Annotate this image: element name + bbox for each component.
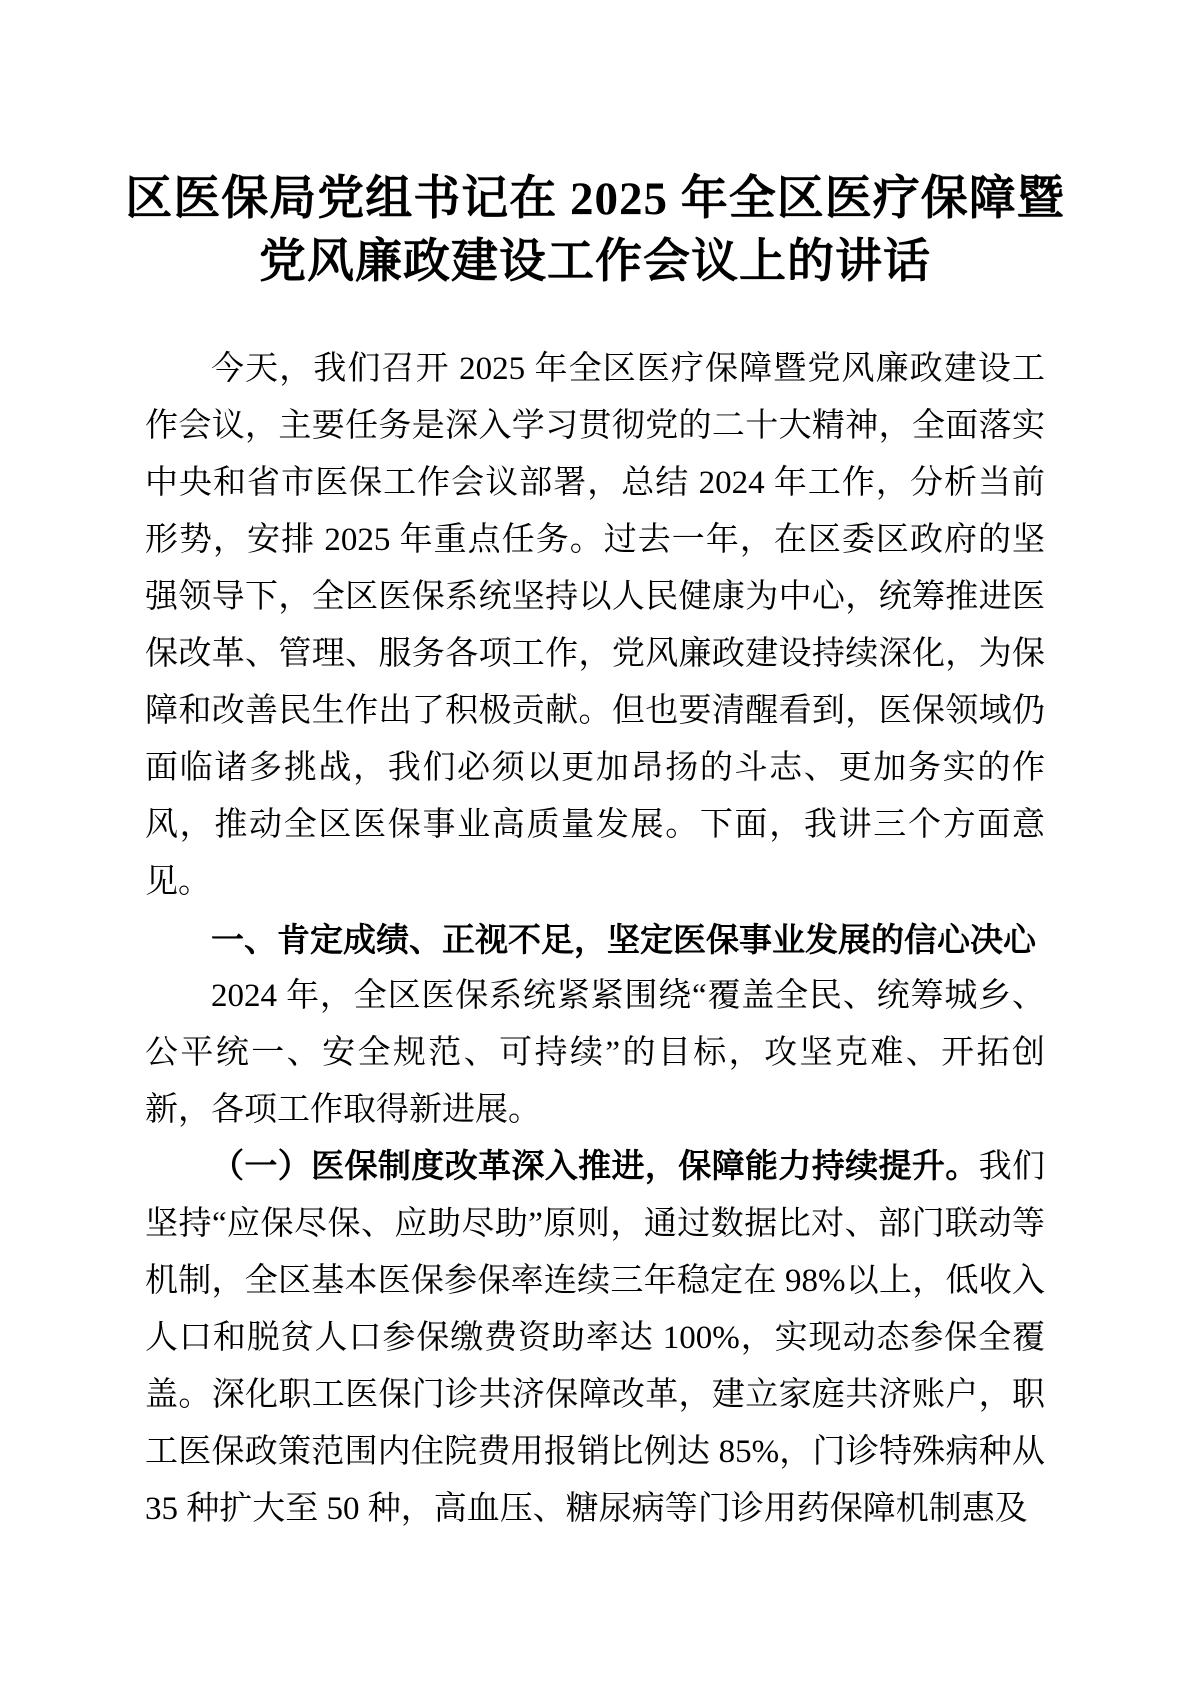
subsection-1-text: 我们坚持“应保尽保、应助尽助”原则，通过数据比对、部门联动等机制，全区基本医保参… bbox=[145, 1149, 1045, 1527]
document-page: 区医保局党组书记在 2025 年全区医疗保障暨 党风廉政建设工作会议上的讲话 今… bbox=[0, 0, 1190, 1683]
opening-paragraph: 今天，我们召开 2025 年全区医疗保障暨党风廉政建设工作会议，主要任务是深入学… bbox=[145, 341, 1045, 911]
document-title-line-2: 党风廉政建设工作会议上的讲话 bbox=[0, 231, 1190, 294]
document-title: 区医保局党组书记在 2025 年全区医疗保障暨 党风廉政建设工作会议上的讲话 bbox=[0, 168, 1190, 294]
document-title-line-1: 区医保局党组书记在 2025 年全区医疗保障暨 bbox=[0, 168, 1190, 231]
section-1-intro-paragraph: 2024 年，全区医保系统紧紧围绕“覆盖全民、统筹城乡、公平统一、安全规范、可持… bbox=[145, 968, 1045, 1139]
document-body: 今天，我们召开 2025 年全区医疗保障暨党风廉政建设工作会议，主要任务是深入学… bbox=[145, 341, 1045, 1538]
subsection-1-paragraph: （一）医保制度改革深入推进，保障能力持续提升。我们坚持“应保尽保、应助尽助”原则… bbox=[145, 1139, 1045, 1538]
section-1-heading: 一、肯定成绩、正视不足，坚定医保事业发展的信心决心 bbox=[145, 911, 1045, 968]
subsection-1-lead: （一）医保制度改革深入推进，保障能力持续提升。 bbox=[211, 1149, 979, 1185]
